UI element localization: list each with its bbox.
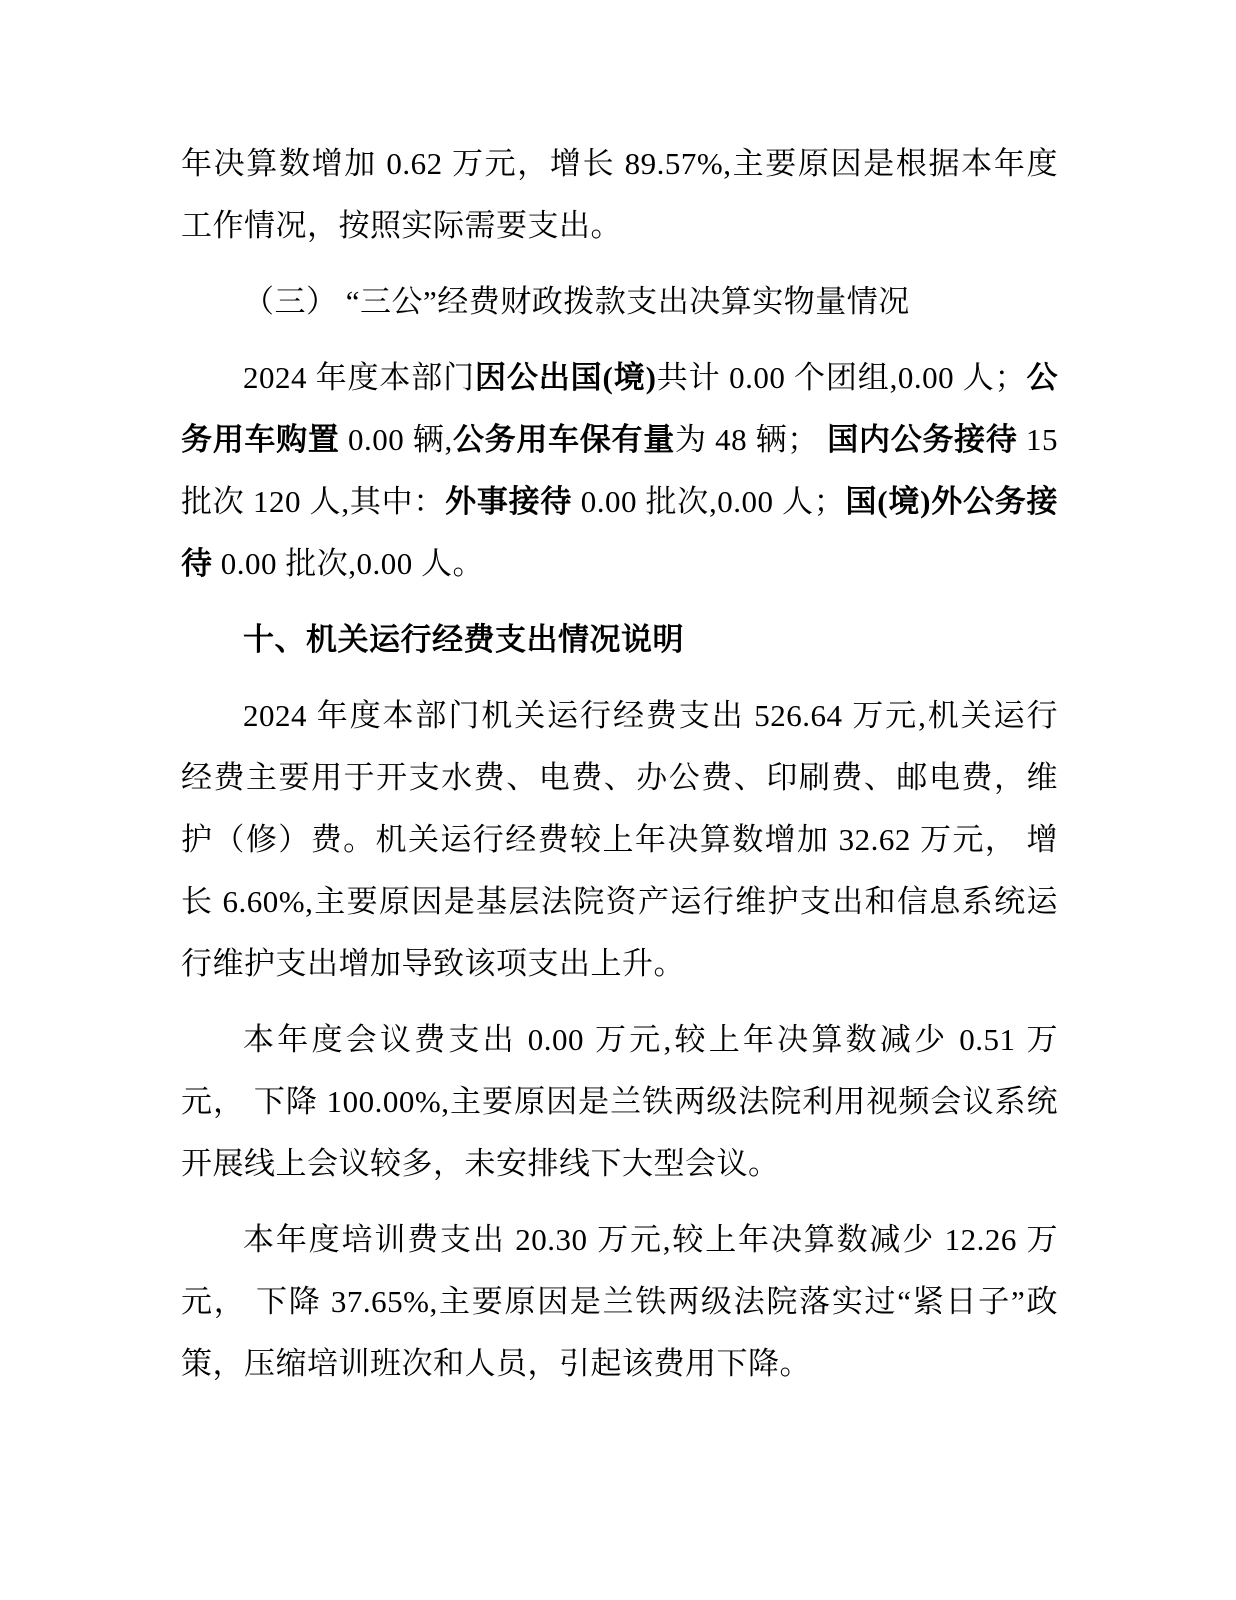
bold-text-run: 国内公务接待 [827, 422, 1017, 457]
document-page: 年决算数增加 0.62 万元，增长 89.57%,主要原因是根据本年度工作情况，… [0, 0, 1236, 1600]
text-run: 共计 0.00 个团组,0.00 人； [656, 360, 1026, 395]
text-run: 为 48 辆； [675, 422, 827, 457]
text-run: 0.00 辆, [340, 422, 453, 457]
body-paragraph: 本年度会议费支出 0.00 万元,较上年决算数减少 0.51 万元， 下降 10… [181, 1009, 1058, 1195]
section-heading: 十、机关运行经费支出情况说明 [181, 609, 1058, 671]
bold-text-run: 外事接待 [445, 484, 572, 519]
text-run: 2024 年度本部门机关运行经费支出 526.64 万元,机关运行经费主要用于开… [181, 698, 1058, 981]
body-paragraph: 年决算数增加 0.62 万元，增长 89.57%,主要原因是根据本年度工作情况，… [181, 133, 1058, 257]
body-paragraph: 2024 年度本部门机关运行经费支出 526.64 万元,机关运行经费主要用于开… [181, 685, 1058, 995]
sub-heading: （三） “三公”经费财政拨款支出决算实物量情况 [181, 271, 1058, 333]
text-run: 2024 年度本部门 [243, 360, 475, 395]
text-run: （三） “三公”经费财政拨款支出决算实物量情况 [243, 284, 910, 319]
text-run: 0.00 批次,0.00 人； [572, 484, 845, 519]
text-run: 本年度培训费支出 20.30 万元,较上年决算数减少 12.26 万元， 下降 … [181, 1222, 1058, 1381]
body-paragraph: 本年度培训费支出 20.30 万元,较上年决算数减少 12.26 万元， 下降 … [181, 1209, 1058, 1395]
body-paragraph: 2024 年度本部门因公出国(境)共计 0.00 个团组,0.00 人；公务用车… [181, 347, 1058, 595]
bold-text-run: 因公出国(境) [475, 360, 656, 395]
text-run: 年决算数增加 0.62 万元，增长 89.57%,主要原因是根据本年度工作情况，… [181, 146, 1058, 243]
bold-text-run: 公务用车保有量 [453, 422, 675, 457]
text-run: 0.00 批次,0.00 人。 [213, 546, 485, 581]
document-content: 年决算数增加 0.62 万元，增长 89.57%,主要原因是根据本年度工作情况，… [181, 133, 1058, 1395]
bold-text-run: 十、机关运行经费支出情况说明 [243, 622, 684, 657]
text-run: 本年度会议费支出 0.00 万元,较上年决算数减少 0.51 万元， 下降 10… [181, 1022, 1058, 1181]
